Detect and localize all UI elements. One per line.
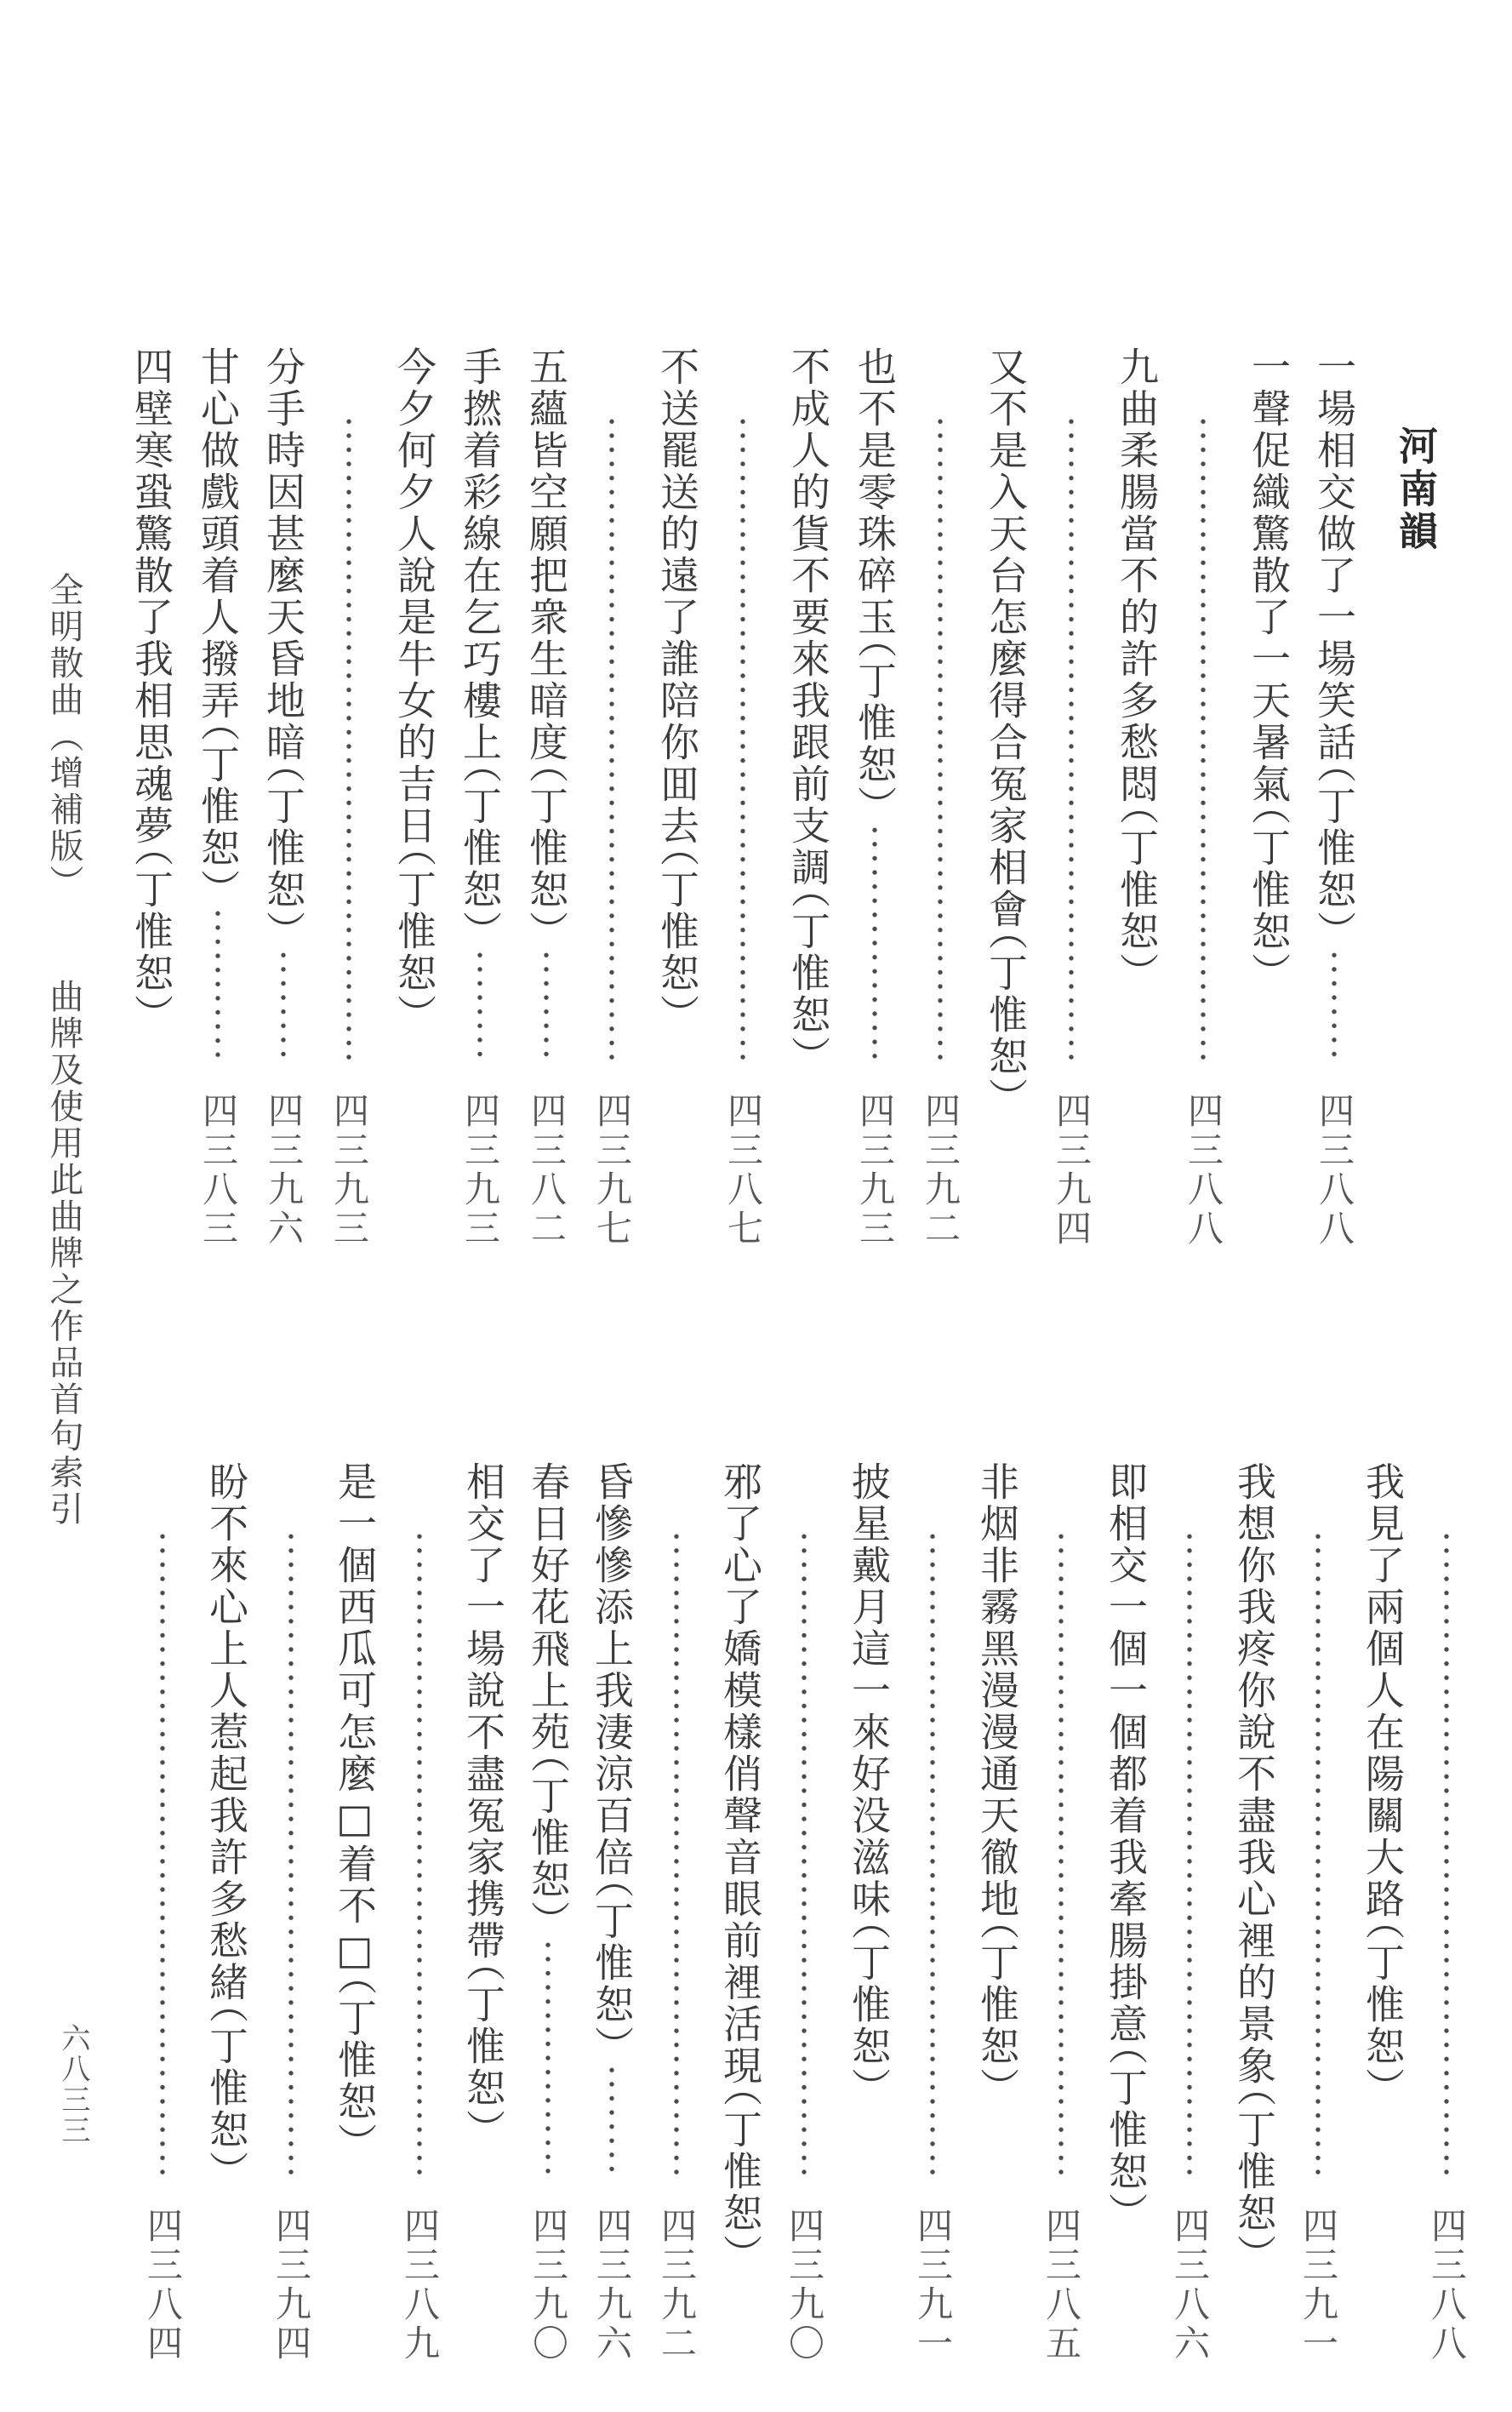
index-entry: 甘心做戲頭着人撥弄（丁惟恕） 四三八三 bbox=[197, 346, 239, 1251]
author: （丁惟恕） bbox=[654, 847, 700, 1016]
leader-dots bbox=[476, 948, 484, 1061]
index-tier-top: 一場相交做了一場笑話（丁惟恕） 四三八八 一聲促織驚散了一天暑氣（丁惟恕） 四三… bbox=[0, 346, 1512, 1251]
index-entry: 非烟非霧黑漫漫通天徹地（丁惟恕） bbox=[976, 1461, 1018, 2366]
index-entry: 即相交一個一個都着我牽腸掛意（丁惟恕） bbox=[1104, 1461, 1147, 2366]
leader-dots bbox=[279, 948, 288, 1061]
entry-text: 一場相交做了一場笑話（丁惟恕） bbox=[1313, 346, 1355, 933]
entry-text: 手撚着彩線在乞巧樓上（丁惟恕） bbox=[459, 346, 501, 933]
entry-text: 也不是零珠碎玉（丁惟恕） bbox=[853, 346, 896, 808]
first-line: 甘心做戲頭着人撥弄 bbox=[195, 346, 241, 722]
page-reference: 四三九一 bbox=[911, 2207, 954, 2366]
index-entry-continuation: 四三九二 bbox=[919, 346, 961, 1251]
leader-dots bbox=[1330, 948, 1338, 1061]
entry-text: 今夕何夕人說是牛女的吉日（丁惟恕） bbox=[393, 346, 436, 1016]
leader-dots bbox=[870, 823, 879, 1061]
page-reference: 四三八四 bbox=[141, 2207, 184, 2366]
index-entry-continuation: 四三八六 bbox=[1168, 1461, 1211, 2366]
entry-text: 邪了心了嬌模樣俏聲音眼前裡活現（丁惟恕） bbox=[719, 1461, 762, 2256]
first-line: 四壁寒蛩驚散了我相思魂夢 bbox=[128, 346, 174, 847]
index-entry: 手撚着彩線在乞巧樓上（丁惟恕） 四三九三 bbox=[459, 346, 501, 1251]
first-line: 邪了心了嬌模樣俏聲音眼前裡活現 bbox=[717, 1461, 763, 2087]
index-entry-continuation: 四三八五 bbox=[1040, 1461, 1082, 2366]
author: （丁惟恕） bbox=[1246, 805, 1292, 975]
first-line: 我想你我疼你說不盡我心裡的景象 bbox=[1231, 1461, 1277, 2087]
first-line: 披星戴月這一來好没滋味 bbox=[846, 1461, 892, 1920]
first-line: 一聲促織驚散了一天暑氣 bbox=[1246, 346, 1292, 805]
index-entry-continuation: 四三九〇 bbox=[783, 1461, 825, 2366]
entry-text: 昏慘慘添上我淒涼百倍（丁惟恕） bbox=[591, 1461, 633, 2048]
index-entry: 五蘊皆空願把衆生暗度（丁惟恕） 四三八二 bbox=[525, 346, 568, 1251]
leader-dots bbox=[1314, 1529, 1322, 2176]
index-entry-continuation: 四三八四 bbox=[141, 1461, 184, 2366]
index-entry: 不送罷送的遠了誰陪你囬去（丁惟恕） bbox=[656, 346, 699, 1251]
author: （丁惟恕） bbox=[460, 1962, 506, 2131]
index-entry: 相交了一場說不盡冤家携帶（丁惟恕） bbox=[462, 1461, 505, 2366]
leader-dots bbox=[800, 1529, 808, 2176]
leader-dots bbox=[608, 2063, 616, 2176]
index-entry-continuation: 四三九三 bbox=[328, 346, 370, 1251]
page-reference: 四三九三 bbox=[459, 1092, 501, 1251]
first-line: 我見了兩個人在陽關大路 bbox=[1360, 1461, 1406, 1920]
entry-text: 分手時因甚麼天昏地暗（丁惟恕） bbox=[262, 346, 305, 933]
index-entry-continuation: 四三八七 bbox=[722, 346, 764, 1251]
entry-text: 即相交一個一個都着我牽腸掛意（丁惟恕） bbox=[1104, 1461, 1147, 2215]
entry-text: 盼不來心上人惹起我許多愁緒（丁惟恕） bbox=[205, 1461, 248, 2173]
index-entry: 九曲柔腸當不的許多愁悶（丁惟恕） bbox=[1115, 346, 1158, 1251]
leader-dots bbox=[287, 1529, 295, 2176]
leader-dots bbox=[928, 1529, 937, 2176]
author: （丁惟恕） bbox=[974, 1920, 1020, 2089]
author: （丁惟恕） bbox=[523, 763, 569, 933]
entry-text: 甘心做戲頭着人撥弄（丁惟恕） bbox=[197, 346, 239, 891]
index-entry: 一聲促織驚散了一天暑氣（丁惟恕） bbox=[1247, 346, 1290, 1251]
entry-text: 不成人的貨不要來我跟前支調（丁惟恕） bbox=[787, 346, 830, 1058]
index-entry: 我想你我疼你說不盡我心裡的景象（丁惟恕） bbox=[1233, 1461, 1275, 2366]
leader-dots bbox=[544, 1938, 552, 2176]
index-entry: 又不是入天台怎麼得合冤家相會（丁惟恕） bbox=[984, 346, 1027, 1251]
page-reference: 四三八八 bbox=[1313, 1092, 1355, 1251]
index-entry: 分手時因甚麼天昏地暗（丁惟恕） 四三九六 bbox=[262, 346, 305, 1251]
entry-text: 不送罷送的遠了誰陪你囬去（丁惟恕） bbox=[656, 346, 699, 1016]
leader-dots bbox=[1442, 1529, 1451, 2176]
index-entry: 昏慘慘添上我淒涼百倍（丁惟恕） 四三九六 bbox=[591, 1461, 633, 2366]
author: （丁惟恕） bbox=[983, 930, 1029, 1100]
page-reference: 四三九〇 bbox=[783, 2207, 825, 2366]
index-tier-bottom: 四三八八 我見了兩個人在陽關大路（丁惟恕） 四三九一 我想你我疼你說不盡我心裡的… bbox=[0, 1461, 1512, 2366]
index-entry-continuation: 四三九四 bbox=[270, 1461, 312, 2366]
book-title: 全明散曲（增補版） bbox=[45, 572, 83, 901]
entry-text: 我見了兩個人在陽關大路（丁惟恕） bbox=[1361, 1461, 1404, 2089]
index-entry: 盼不來心上人惹起我許多愁緒（丁惟恕） bbox=[205, 1461, 248, 2366]
author: （丁惟恕） bbox=[846, 1920, 892, 2089]
first-line: 非烟非霧黑漫漫通天徹地 bbox=[974, 1461, 1020, 1920]
index-entry-continuation: 四三九七 bbox=[591, 346, 633, 1251]
page-number: 六八三三 bbox=[56, 2023, 90, 2146]
entry-text: 九曲柔腸當不的許多愁悶（丁惟恕） bbox=[1115, 346, 1158, 975]
leader-dots bbox=[214, 906, 222, 1061]
author: （丁惟恕） bbox=[1114, 805, 1160, 975]
leader-dots bbox=[1185, 1529, 1194, 2176]
author: （丁惟恕） bbox=[457, 763, 503, 933]
page-reference: 四三八七 bbox=[722, 1092, 764, 1251]
page-reference: 四三九〇 bbox=[527, 2207, 569, 2366]
index-entry-continuation: 四三九一 bbox=[1297, 1461, 1339, 2366]
index-entry: 今夕何夕人說是牛女的吉日（丁惟恕） bbox=[393, 346, 436, 1251]
author: （丁惟恕） bbox=[589, 1878, 635, 2048]
author: （丁惟恕） bbox=[332, 1975, 378, 2145]
index-entry: 是一個西瓜可怎麼□着不□（丁惟恕） bbox=[334, 1461, 376, 2366]
index-entry-continuation: 四三八八 bbox=[1425, 1461, 1468, 2366]
leader-dots bbox=[1067, 414, 1076, 1061]
page-reference: 四三八五 bbox=[1040, 2207, 1082, 2366]
leader-dots bbox=[345, 414, 353, 1061]
first-line: 即相交一個一個都着我牽腸掛意 bbox=[1103, 1461, 1149, 2045]
entry-text: 是一個西瓜可怎麼□着不□（丁惟恕） bbox=[334, 1461, 376, 2145]
leader-dots bbox=[1057, 1529, 1065, 2176]
index-entry: 我見了兩個人在陽關大路（丁惟恕） bbox=[1361, 1461, 1404, 2366]
page-reference: 四三八二 bbox=[525, 1092, 568, 1251]
index-entry-continuation: 四三九一 bbox=[911, 1461, 954, 2366]
page-reference: 四三八三 bbox=[197, 1092, 239, 1251]
page-reference: 四三九六 bbox=[262, 1092, 305, 1251]
first-line: 不成人的貨不要來我跟前支調 bbox=[785, 346, 831, 889]
author: （丁惟恕） bbox=[128, 847, 174, 1016]
index-entry: 春日好花飛上苑（丁惟恕） 四三九〇 bbox=[527, 1461, 569, 2366]
first-line: 一場相交做了一場笑話 bbox=[1311, 346, 1357, 763]
index-entry: 一場相交做了一場笑話（丁惟恕） 四三八八 bbox=[1313, 346, 1355, 1251]
index-entry-continuation: 四三八九 bbox=[398, 1461, 441, 2366]
leader-dots bbox=[158, 1529, 167, 2176]
index-entry: 也不是零珠碎玉（丁惟恕） 四三九三 bbox=[853, 346, 896, 1251]
index-entry-continuation: 四三九二 bbox=[655, 1461, 698, 2366]
index-entry: 四壁寒蛩驚散了我相思魂夢（丁惟恕） bbox=[130, 346, 173, 1251]
author: （丁惟恕） bbox=[525, 1753, 571, 1923]
author: （丁惟恕） bbox=[1360, 1920, 1406, 2089]
entry-text: 又不是入天台怎麼得合冤家相會（丁惟恕） bbox=[984, 346, 1027, 1100]
entry-text: 披星戴月這一來好没滋味（丁惟恕） bbox=[847, 1461, 890, 2089]
entry-text: 春日好花飛上苑（丁惟恕） bbox=[527, 1461, 569, 1923]
index-entry-continuation: 四三九四 bbox=[1050, 346, 1093, 1251]
page-reference: 四三九二 bbox=[655, 2207, 698, 2366]
leader-dots bbox=[672, 1529, 681, 2176]
page-reference: 四三九三 bbox=[328, 1092, 370, 1251]
leader-dots bbox=[415, 1529, 424, 2176]
page-reference: 四三八六 bbox=[1168, 2207, 1211, 2366]
first-line: 相交了一場說不盡冤家携帶 bbox=[460, 1461, 506, 1962]
entry-text: 一聲促織驚散了一天暑氣（丁惟恕） bbox=[1247, 346, 1290, 975]
author: （丁惟恕） bbox=[260, 763, 306, 933]
first-line: 不送罷送的遠了誰陪你囬去 bbox=[654, 346, 700, 847]
first-line: 也不是零珠碎玉 bbox=[852, 346, 898, 638]
first-line: 手撚着彩線在乞巧樓上 bbox=[457, 346, 503, 763]
page-reference: 四三九三 bbox=[853, 1092, 896, 1251]
index-entry: 不成人的貨不要來我跟前支調（丁惟恕） bbox=[787, 346, 830, 1251]
first-line: 昏慘慘添上我淒涼百倍 bbox=[589, 1461, 635, 1878]
author: （丁惟恕） bbox=[717, 2087, 763, 2256]
leader-dots bbox=[1199, 414, 1207, 1061]
page-reference: 四三九一 bbox=[1297, 2207, 1339, 2366]
first-line: 是一個西瓜可怎麼□着不□ bbox=[332, 1461, 378, 1975]
first-line: 春日好花飛上苑 bbox=[525, 1461, 571, 1753]
page-reference: 四三九六 bbox=[591, 2207, 633, 2366]
page-reference: 四三八八 bbox=[1425, 2207, 1468, 2366]
author: （丁惟恕） bbox=[785, 889, 831, 1058]
page-reference: 四三九四 bbox=[1050, 1092, 1093, 1251]
page-reference: 四三八九 bbox=[398, 2207, 441, 2366]
entry-text: 我想你我疼你說不盡我心裡的景象（丁惟恕） bbox=[1233, 1461, 1275, 2256]
leader-dots bbox=[936, 414, 944, 1061]
entry-text: 非烟非霧黑漫漫通天徹地（丁惟恕） bbox=[976, 1461, 1018, 2089]
entry-text: 相交了一場說不盡冤家携帶（丁惟恕） bbox=[462, 1461, 505, 2131]
author: （丁惟恕） bbox=[1311, 763, 1357, 933]
leader-dots bbox=[739, 414, 747, 1061]
leader-dots bbox=[542, 948, 551, 1061]
first-line: 盼不來心上人惹起我許多愁緒 bbox=[203, 1461, 249, 2003]
first-line: 分手時因甚麼天昏地暗 bbox=[260, 346, 306, 763]
author: （丁惟恕） bbox=[1231, 2087, 1277, 2256]
entry-text: 五蘊皆空願把衆生暗度（丁惟恕） bbox=[525, 346, 568, 933]
first-line: 又不是入天台怎麼得合冤家相會 bbox=[983, 346, 1029, 930]
page-reference: 四三九四 bbox=[270, 2207, 312, 2366]
first-line: 五蘊皆空願把衆生暗度 bbox=[523, 346, 569, 763]
leader-dots bbox=[608, 414, 616, 1061]
author: （丁惟恕） bbox=[852, 638, 898, 808]
author: （丁惟恕） bbox=[203, 2003, 249, 2173]
index-title: 曲牌及使用此曲牌之作品首句索引 bbox=[45, 979, 83, 1528]
page-reference: 四三八八 bbox=[1182, 1092, 1224, 1251]
author: （丁惟恕） bbox=[195, 722, 241, 891]
author: （丁惟恕） bbox=[1103, 2045, 1149, 2215]
entry-text: 四壁寒蛩驚散了我相思魂夢（丁惟恕） bbox=[130, 346, 173, 1016]
first-line: 今夕何夕人說是牛女的吉日 bbox=[391, 346, 437, 847]
index-entry-continuation: 四三八八 bbox=[1182, 346, 1224, 1251]
page-reference: 四三九七 bbox=[591, 1092, 633, 1251]
page-reference: 四三九二 bbox=[919, 1092, 961, 1251]
index-entry: 邪了心了嬌模樣俏聲音眼前裡活現（丁惟恕） bbox=[719, 1461, 762, 2366]
author: （丁惟恕） bbox=[391, 847, 437, 1016]
first-line: 九曲柔腸當不的許多愁悶 bbox=[1114, 346, 1160, 805]
index-entry: 披星戴月這一來好没滋味（丁惟恕） bbox=[847, 1461, 890, 2366]
